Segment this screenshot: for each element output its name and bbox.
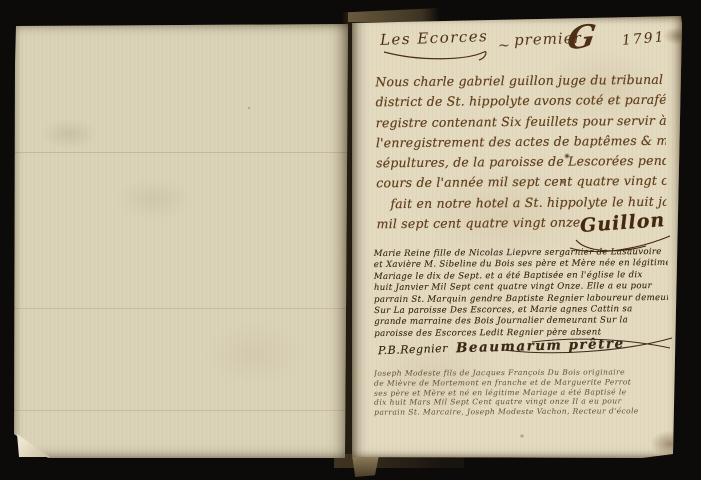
page-edge-tab xyxy=(352,455,379,477)
header-year: 1791 xyxy=(621,29,666,49)
header-underline-flourish xyxy=(382,48,492,64)
manuscript-line: Nous charle gabriel guillon juge du trib… xyxy=(375,70,665,93)
cote-act-paragraph: Nous charle gabriel guillon juge du trib… xyxy=(375,70,666,235)
baptism-act-marie-reine: Marie Reine fille de Nicolas Liepvre ser… xyxy=(374,247,669,340)
baptism-act-joseph-modeste: Joseph Modeste fils de Jacques François … xyxy=(374,367,668,418)
header-squiggle: ~ xyxy=(498,38,510,54)
manuscript-line: registre contenant Six feuillets pour se… xyxy=(376,110,666,133)
signature-regnier: P.B.Regnier xyxy=(378,342,448,357)
signature-cure-paraph xyxy=(502,334,677,356)
book-scan: Les Ecorces ~ premier G 1791 Nous charle… xyxy=(0,0,701,480)
manuscript-line: l'enregistrement des actes de baptêmes &… xyxy=(376,131,666,154)
manuscript-line: district de St. hippolyte avons coté et … xyxy=(375,90,665,113)
left-page-blank xyxy=(14,24,348,458)
manuscript-line: sépultures, de la paroisse de Lescorées … xyxy=(376,151,666,174)
manuscript-line: cours de l'année mil sept cent quatre vi… xyxy=(376,171,666,194)
manuscript-line: parrain St. Marcaire, Joseph Modeste Vac… xyxy=(374,406,668,417)
header-place-name: Les Ecorces xyxy=(380,27,489,49)
right-page-manuscript: Les Ecorces ~ premier G 1791 Nous charle… xyxy=(352,16,682,458)
header-paraph-flourish: G xyxy=(565,17,598,58)
page-block-edge-top xyxy=(348,8,440,22)
manuscript-line: grande marraine des Bois Journalier deme… xyxy=(374,315,668,328)
